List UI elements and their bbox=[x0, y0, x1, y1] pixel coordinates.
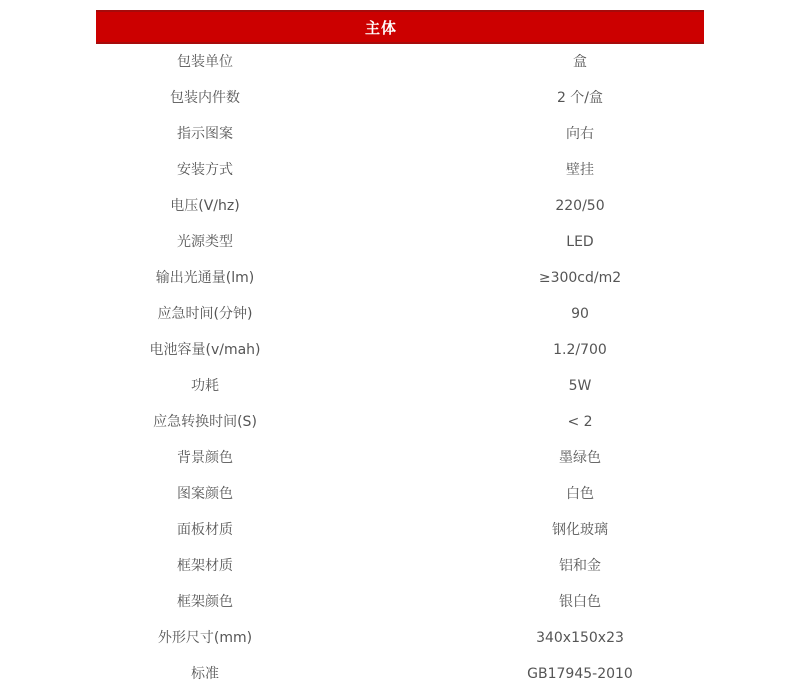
spec-value: GB17945-2010 bbox=[410, 656, 750, 692]
spec-label: 电压(V/hz) bbox=[0, 188, 410, 224]
spec-row: 电压(V/hz) 220/50 bbox=[0, 188, 800, 224]
spec-table: 包装单位 盒 包装内件数 2 个/盒 指示图案 向右 安装方式 壁挂 电压(V/… bbox=[0, 44, 800, 692]
spec-label: 光源类型 bbox=[0, 224, 410, 260]
spec-label: 框架材质 bbox=[0, 548, 410, 584]
spec-row: 背景颜色 墨绿色 bbox=[0, 440, 800, 476]
spec-value: < 2 bbox=[410, 404, 750, 440]
spec-row: 图案颜色 白色 bbox=[0, 476, 800, 512]
spec-row: 应急转换时间(S) < 2 bbox=[0, 404, 800, 440]
spec-value: 钢化玻璃 bbox=[410, 512, 750, 548]
spec-label: 电池容量(v/mah) bbox=[0, 332, 410, 368]
spec-value: 1.2/700 bbox=[410, 332, 750, 368]
spec-value: 220/50 bbox=[410, 188, 750, 224]
spec-label: 应急转换时间(S) bbox=[0, 404, 410, 440]
spec-label: 功耗 bbox=[0, 368, 410, 404]
spec-row: 框架颜色 银白色 bbox=[0, 584, 800, 620]
spec-value: LED bbox=[410, 224, 750, 260]
spec-value: 银白色 bbox=[410, 584, 750, 620]
spec-row: 框架材质 铝和金 bbox=[0, 548, 800, 584]
spec-label: 图案颜色 bbox=[0, 476, 410, 512]
spec-value: 白色 bbox=[410, 476, 750, 512]
spec-row: 应急时间(分钟) 90 bbox=[0, 296, 800, 332]
spec-label: 框架颜色 bbox=[0, 584, 410, 620]
section-title: 主体 bbox=[365, 17, 397, 38]
spec-label: 指示图案 bbox=[0, 116, 410, 152]
spec-label: 外形尺寸(mm) bbox=[0, 620, 410, 656]
spec-row: 指示图案 向右 bbox=[0, 116, 800, 152]
spec-row: 标准 GB17945-2010 bbox=[0, 656, 800, 692]
spec-value: 壁挂 bbox=[410, 152, 750, 188]
spec-label: 面板材质 bbox=[0, 512, 410, 548]
spec-row: 光源类型 LED bbox=[0, 224, 800, 260]
spec-value: 5W bbox=[410, 368, 750, 404]
spec-label: 背景颜色 bbox=[0, 440, 410, 476]
spec-row: 安装方式 壁挂 bbox=[0, 152, 800, 188]
spec-value: 向右 bbox=[410, 116, 750, 152]
spec-label: 应急时间(分钟) bbox=[0, 296, 410, 332]
spec-label: 标准 bbox=[0, 656, 410, 692]
spec-row: 包装单位 盒 bbox=[0, 44, 800, 80]
spec-value: 2 个/盒 bbox=[410, 80, 750, 116]
spec-row: 输出光通量(lm) ≥300cd/m2 bbox=[0, 260, 800, 296]
spec-row: 电池容量(v/mah) 1.2/700 bbox=[0, 332, 800, 368]
spec-label: 输出光通量(lm) bbox=[0, 260, 410, 296]
spec-row: 功耗 5W bbox=[0, 368, 800, 404]
spec-row: 面板材质 钢化玻璃 bbox=[0, 512, 800, 548]
product-spec-page: 主体 包装单位 盒 包装内件数 2 个/盒 指示图案 向右 安装方式 壁挂 电压… bbox=[0, 0, 800, 696]
spec-row: 外形尺寸(mm) 340x150x23 bbox=[0, 620, 800, 656]
spec-label: 包装内件数 bbox=[0, 80, 410, 116]
spec-value: 340x150x23 bbox=[410, 620, 750, 656]
section-header-bar: 主体 bbox=[96, 10, 704, 44]
spec-label: 包装单位 bbox=[0, 44, 410, 80]
spec-value: ≥300cd/m2 bbox=[410, 260, 750, 296]
spec-value: 铝和金 bbox=[410, 548, 750, 584]
spec-row: 包装内件数 2 个/盒 bbox=[0, 80, 800, 116]
spec-value: 90 bbox=[410, 296, 750, 332]
spec-value: 墨绿色 bbox=[410, 440, 750, 476]
spec-label: 安装方式 bbox=[0, 152, 410, 188]
spec-value: 盒 bbox=[410, 44, 750, 80]
